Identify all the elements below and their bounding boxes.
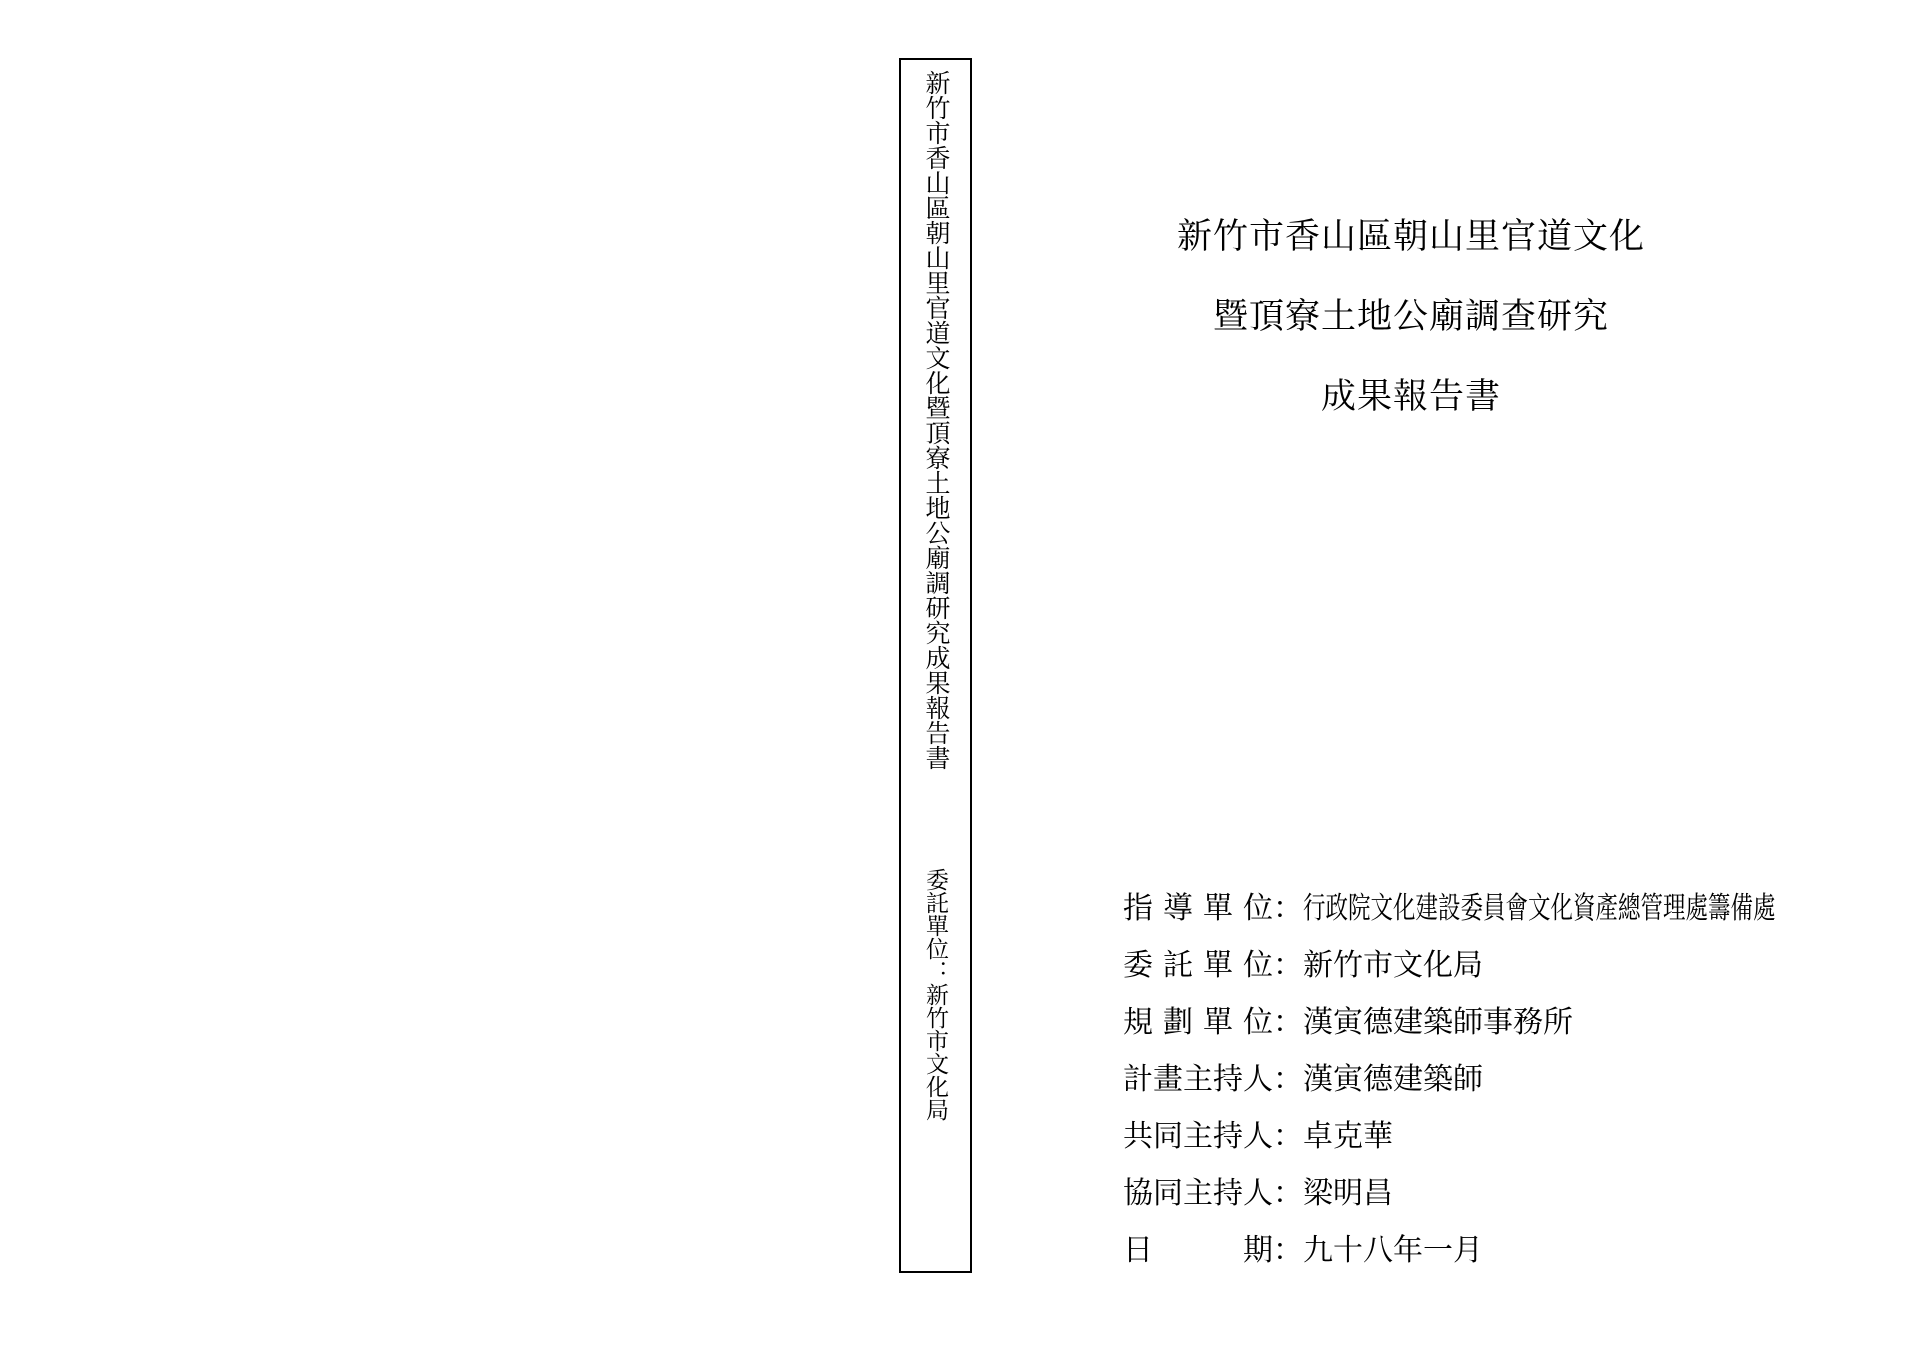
- credit-row: 指導單位：行政院文化建設委員會文化資產總管理處籌備處: [1123, 876, 1920, 933]
- report-cover-page: 新竹市香山區朝山里官道文化暨頂寮土地公廟調研究成果報告書 委託單位：新竹市文化局…: [0, 0, 1920, 1357]
- title-line-2: 暨頂寮土地公廟調查研究: [1176, 277, 1646, 357]
- credit-colon: ：: [1273, 1225, 1303, 1269]
- credit-value: 九十八年一月: [1303, 1225, 1483, 1269]
- title-line-3: 成果報告書: [1176, 357, 1646, 437]
- credit-row: 計畫主持人：漢寅德建築師: [1123, 1047, 1920, 1104]
- credit-label: 規劃單位: [1123, 997, 1273, 1041]
- credit-label: 日期: [1123, 1225, 1273, 1269]
- credit-label: 共同主持人: [1123, 1111, 1273, 1155]
- credit-label: 計畫主持人: [1123, 1054, 1273, 1098]
- credit-row: 日期：九十八年一月: [1123, 1218, 1920, 1275]
- credit-row: 委託單位：新竹市文化局: [1123, 933, 1920, 990]
- credit-value: 新竹市文化局: [1303, 940, 1483, 984]
- spine-box: 新竹市香山區朝山里官道文化暨頂寮土地公廟調研究成果報告書 委託單位：新竹市文化局: [899, 58, 972, 1273]
- credit-colon: ：: [1273, 940, 1303, 984]
- credit-value: 漢寅德建築師: [1303, 1054, 1483, 1098]
- credit-row: 共同主持人：卓克華: [1123, 1104, 1920, 1161]
- credit-row: 規劃單位：漢寅德建築師事務所: [1123, 990, 1920, 1047]
- title-block: 新竹市香山區朝山里官道文化 暨頂寮土地公廟調查研究 成果報告書: [1176, 197, 1646, 437]
- credit-label: 委託單位: [1123, 940, 1273, 984]
- credit-colon: ：: [1273, 883, 1303, 927]
- credit-value: 卓克華: [1303, 1111, 1393, 1155]
- credit-value: 行政院文化建設委員會文化資產總管理處籌備處: [1303, 883, 1776, 927]
- spine-title: 新竹市香山區朝山里官道文化暨頂寮土地公廟調研究成果報告書: [923, 70, 948, 770]
- credit-label: 協同主持人: [1123, 1168, 1273, 1212]
- credit-label: 指導單位: [1123, 883, 1273, 927]
- credit-colon: ：: [1273, 1168, 1303, 1212]
- credit-value: 漢寅德建築師事務所: [1303, 997, 1573, 1041]
- spine-subtitle: 委託單位：新竹市文化局: [924, 868, 947, 1121]
- title-line-1: 新竹市香山區朝山里官道文化: [1176, 197, 1646, 277]
- credit-row: 協同主持人：梁明昌: [1123, 1161, 1920, 1218]
- credit-colon: ：: [1273, 1111, 1303, 1155]
- credit-colon: ：: [1273, 997, 1303, 1041]
- credits-list: 指導單位：行政院文化建設委員會文化資產總管理處籌備處委託單位：新竹市文化局規劃單…: [1123, 876, 1920, 1275]
- credit-colon: ：: [1273, 1054, 1303, 1098]
- credit-value: 梁明昌: [1303, 1168, 1393, 1212]
